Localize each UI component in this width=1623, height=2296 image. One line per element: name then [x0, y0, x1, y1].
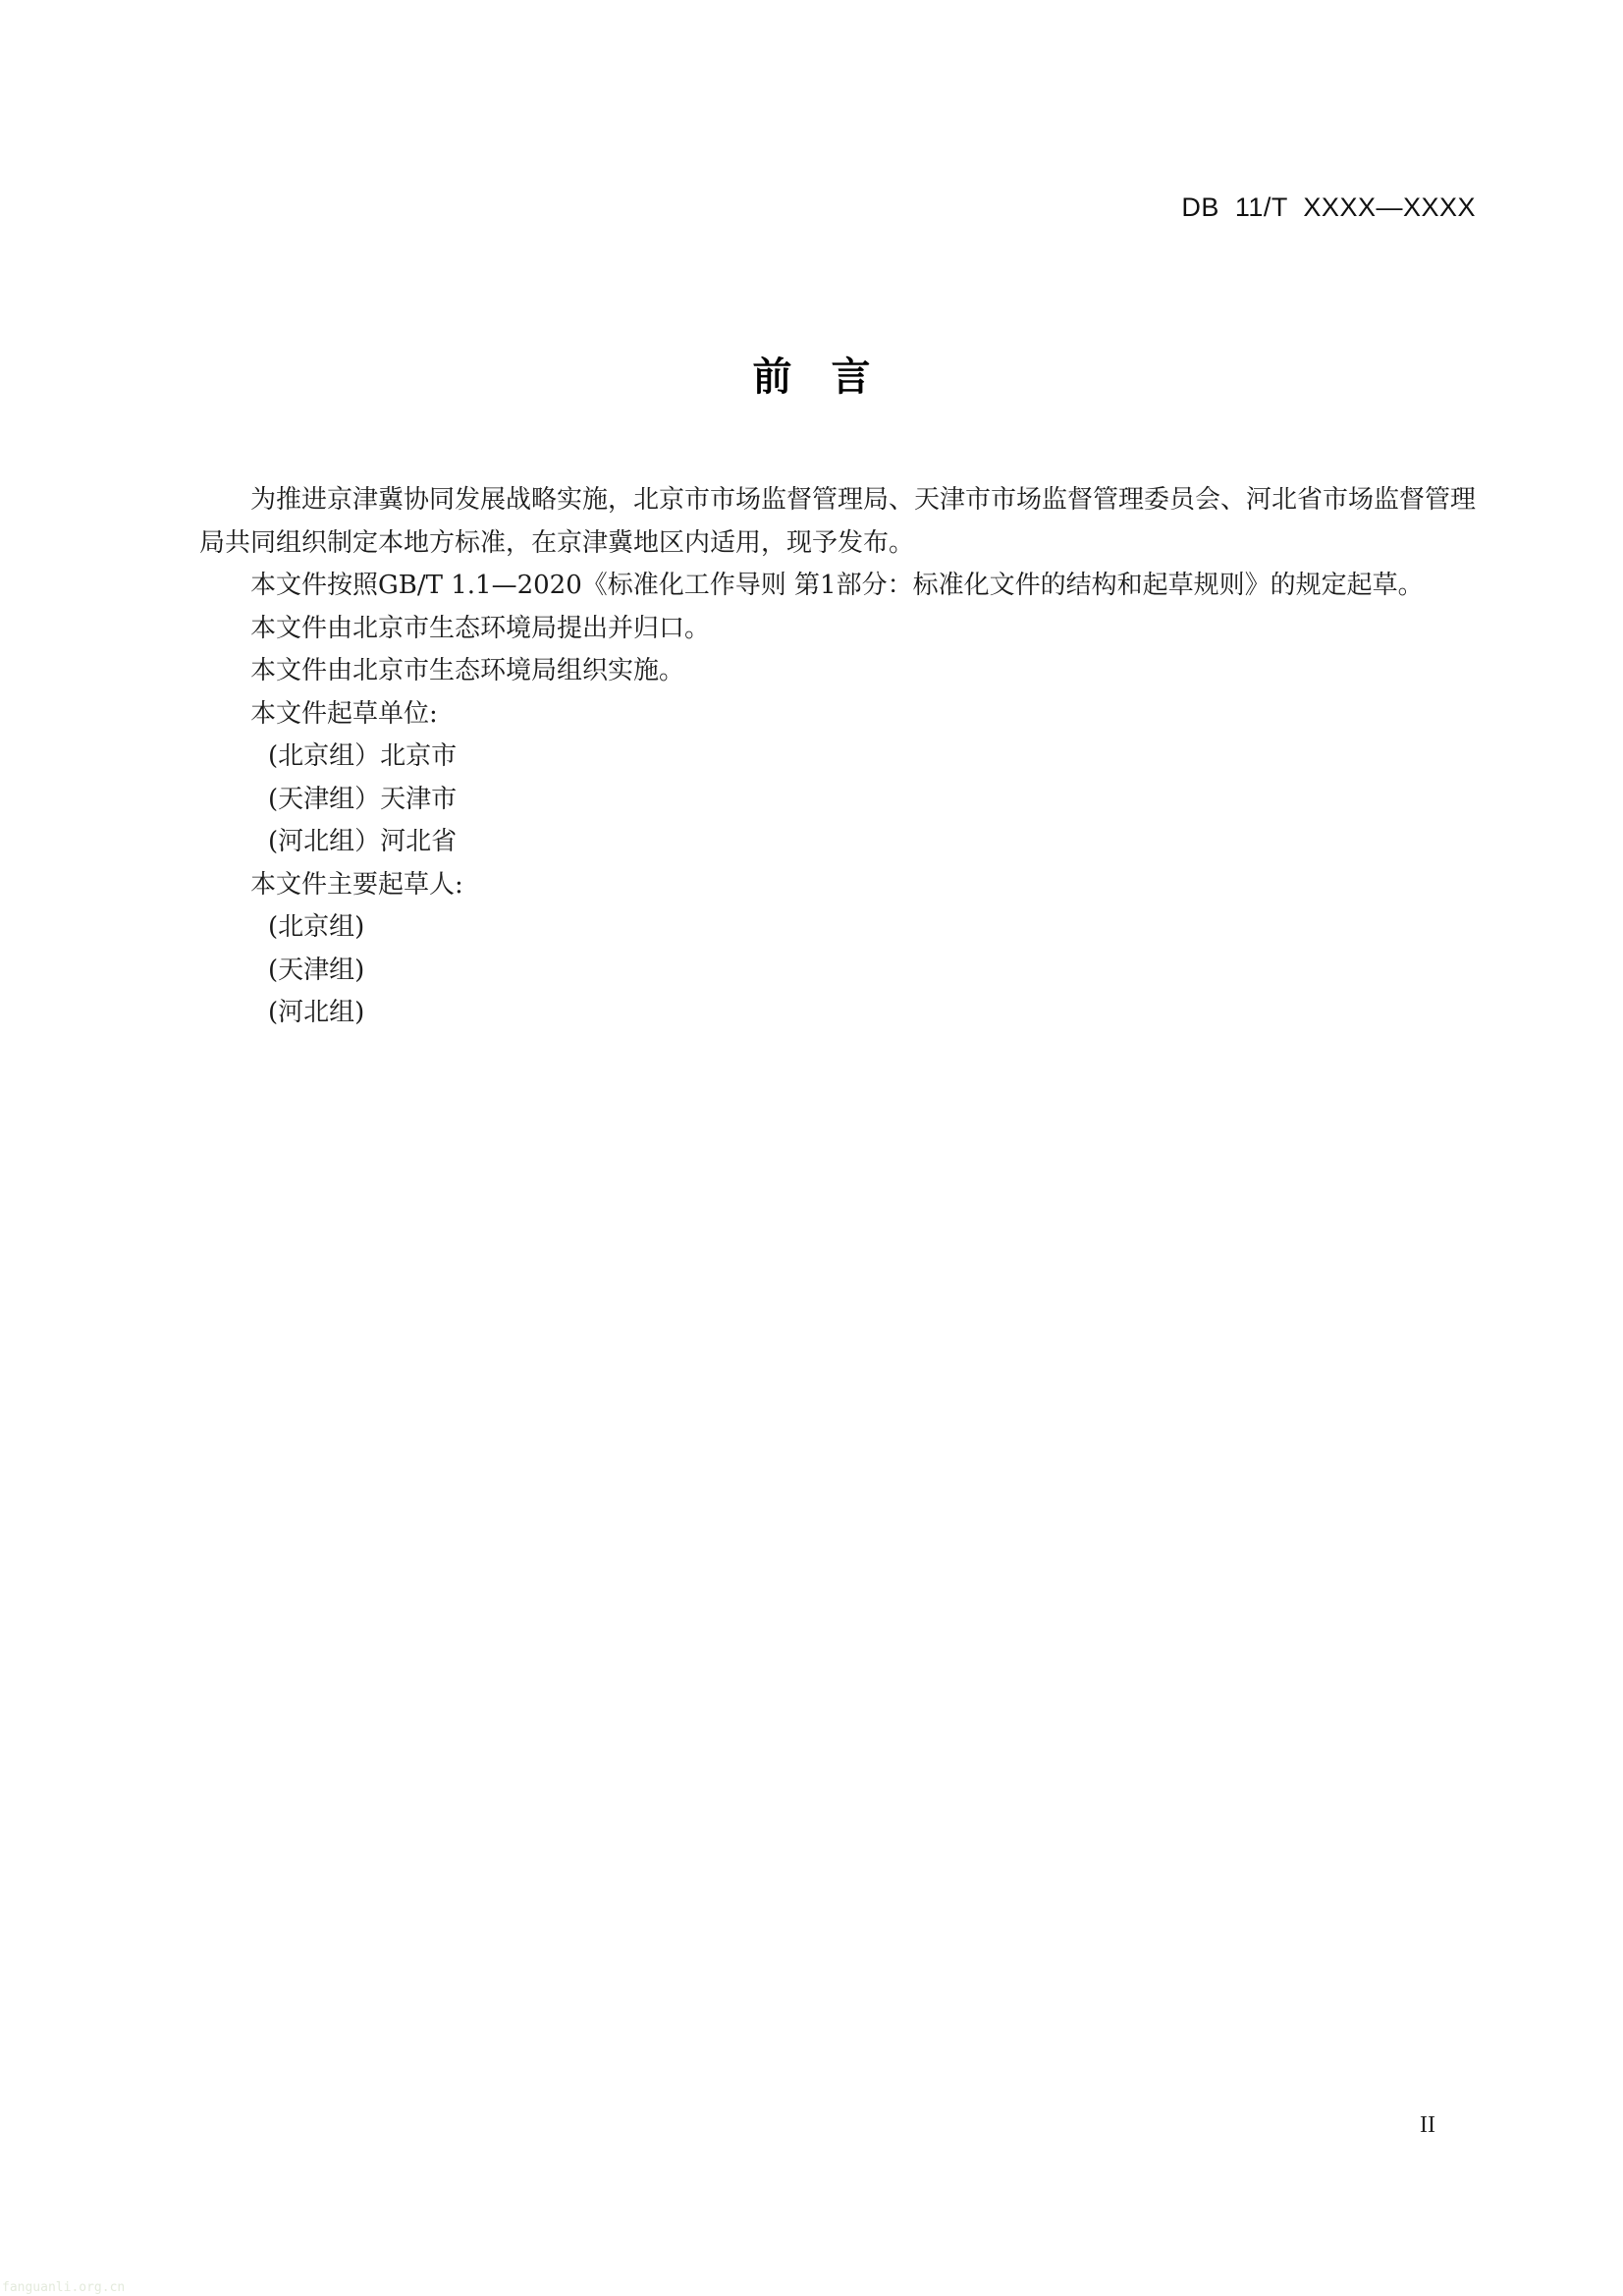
paragraph-drafting-rules: 本文件按照GB/T 1.1—2020《标准化工作导则 第1部分：标准化文件的结构…: [199, 565, 1476, 608]
drafter-group-item: (北京组): [199, 906, 1476, 950]
document-body: 为推进京津冀协同发展战略实施，北京市市场监督管理局、天津市市场监督管理委员会、河…: [199, 479, 1476, 1035]
paragraph-publication: 为推进京津冀协同发展战略实施，北京市市场监督管理局、天津市市场监督管理委员会、河…: [199, 479, 1476, 565]
drafting-unit-item: (天津组）天津市: [199, 779, 1476, 822]
statement-proposed-by: 本文件由北京市生态环境局提出并归口。: [199, 608, 1476, 651]
drafter-group-item: (天津组): [199, 950, 1476, 993]
drafters-label: 本文件主要起草人:: [199, 864, 1476, 907]
page-title: 前言: [0, 346, 1623, 402]
document-code: DB 11/T XXXX—XXXX: [1181, 192, 1476, 223]
drafting-units-label: 本文件起草单位:: [199, 693, 1476, 737]
drafting-unit-item: (河北组）河北省: [199, 821, 1476, 864]
statement-implemented-by: 本文件由北京市生态环境局组织实施。: [199, 650, 1476, 693]
drafting-unit-item: (北京组）北京市: [199, 736, 1476, 779]
watermark: fanguanli.org.cn: [2, 2280, 125, 2295]
page-number: II: [1420, 2112, 1435, 2139]
drafter-group-item: (河北组): [199, 992, 1476, 1035]
